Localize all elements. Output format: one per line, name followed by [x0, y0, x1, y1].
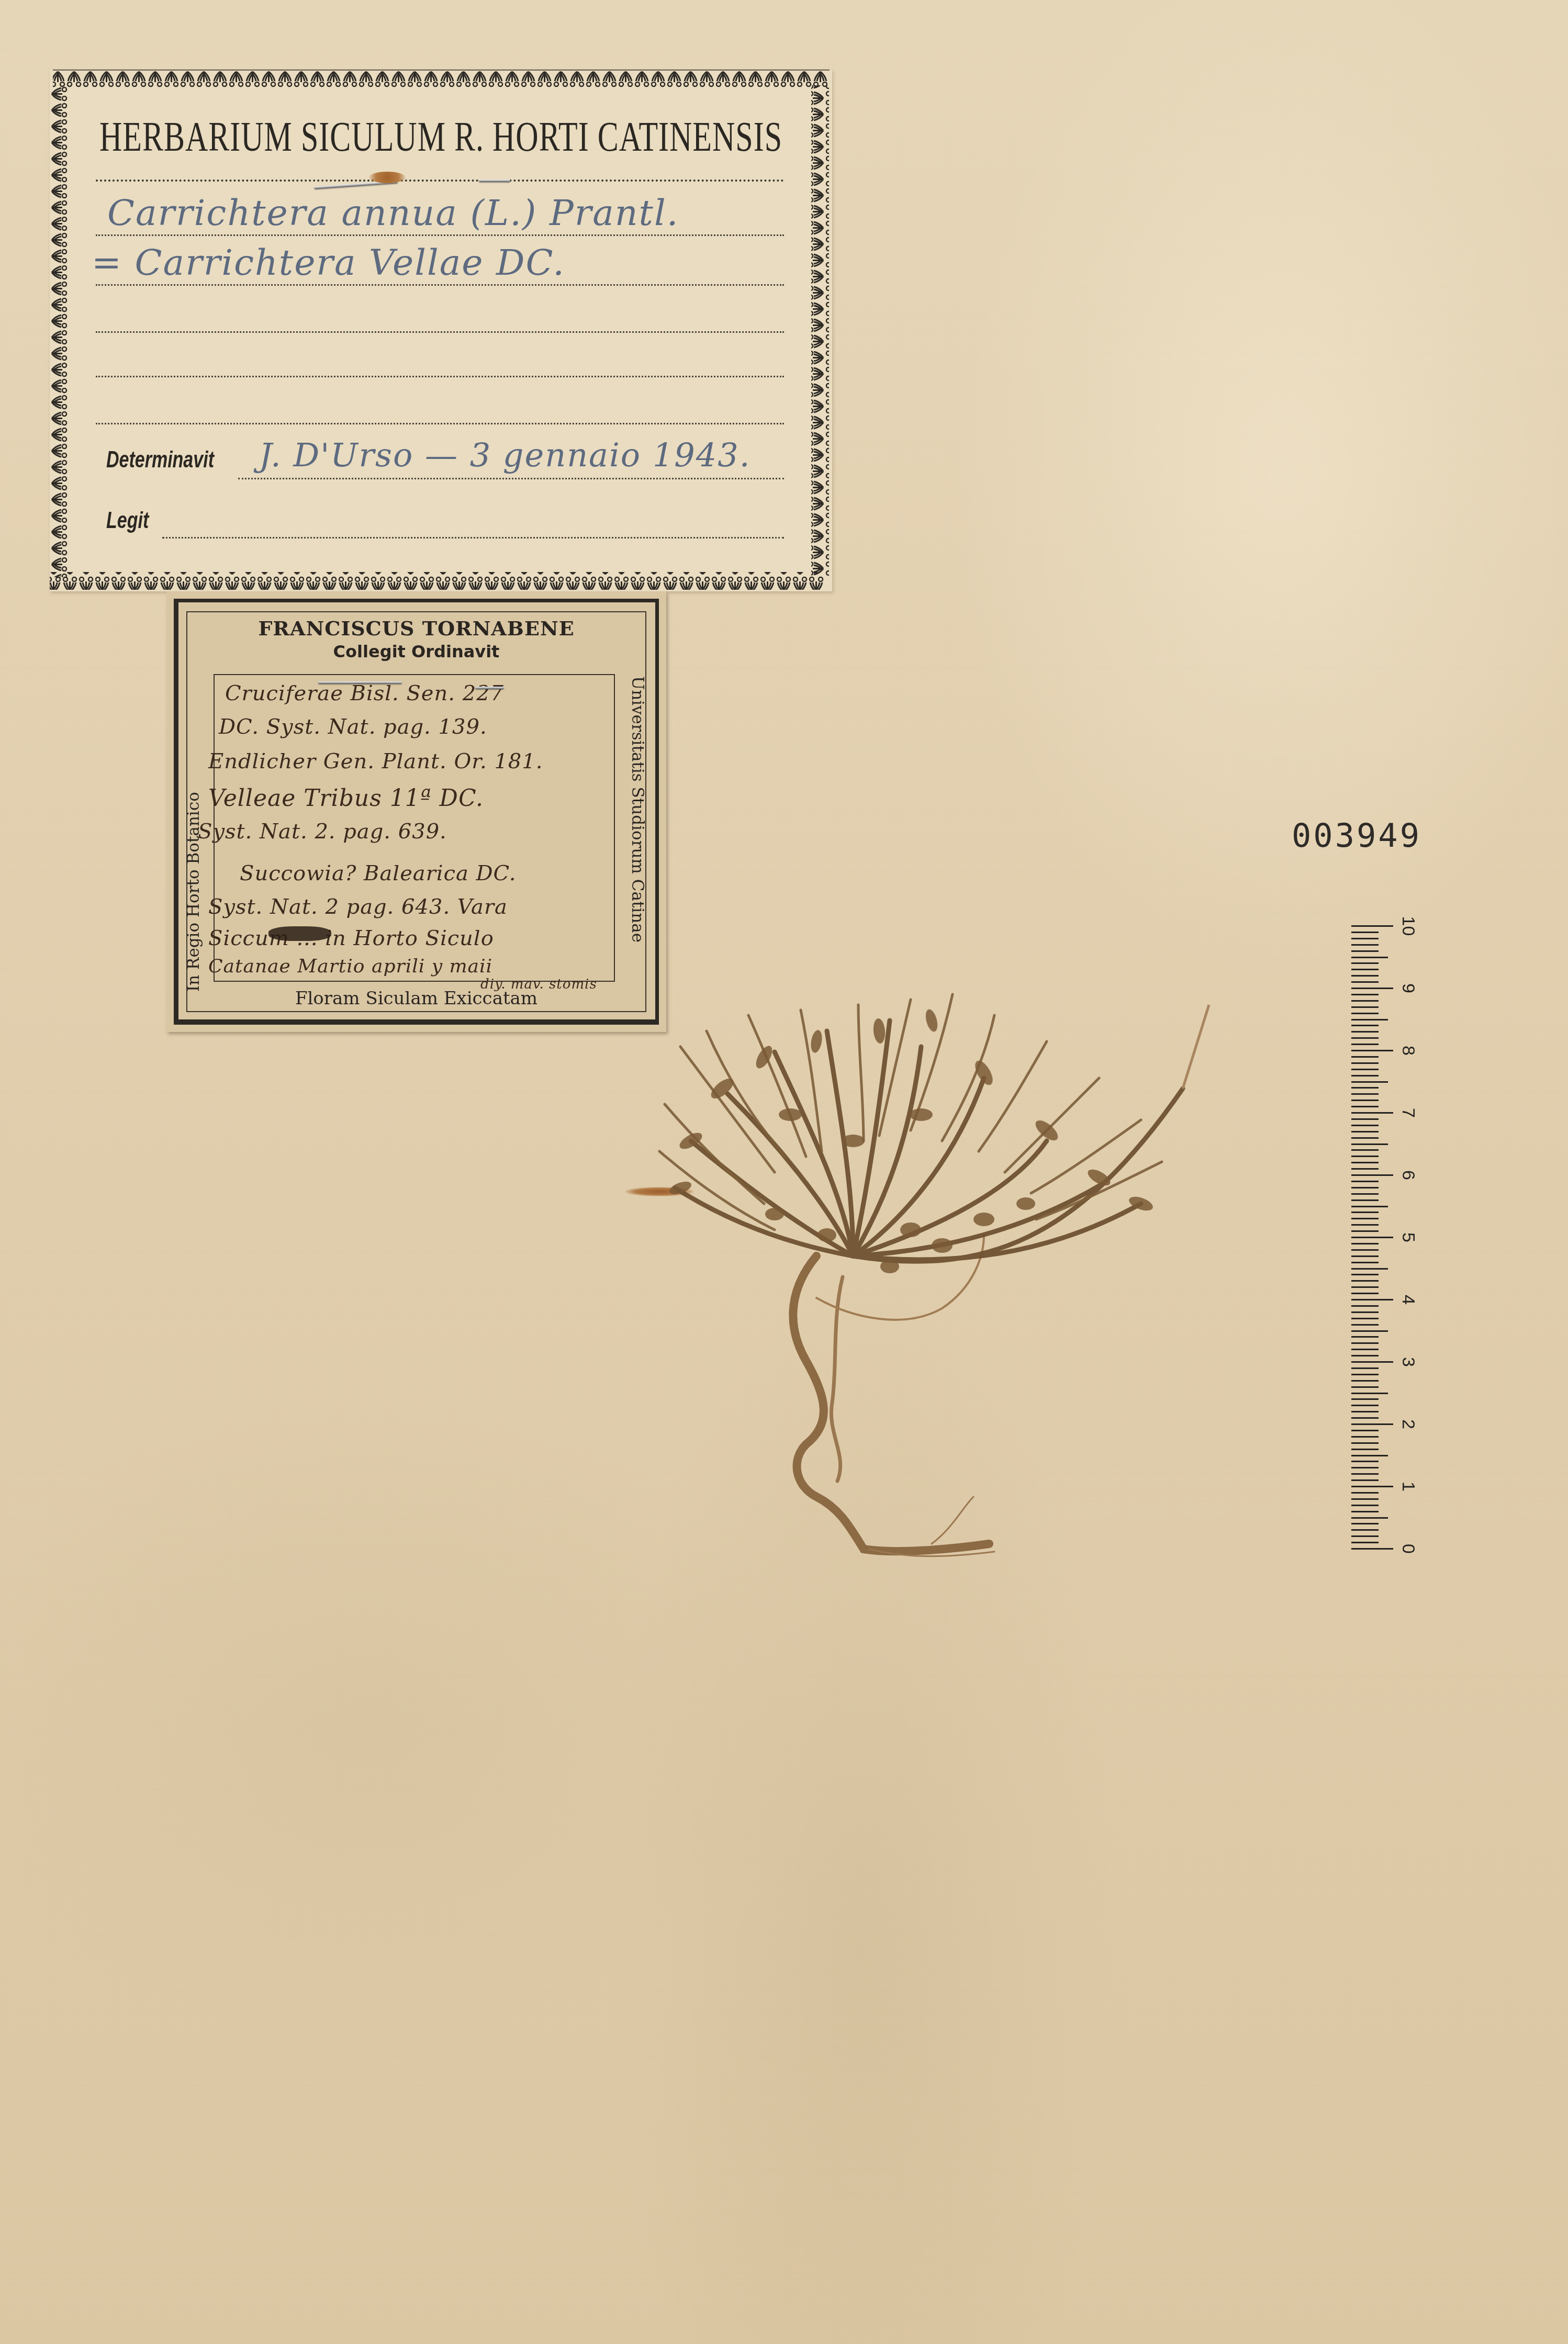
handwritten-line: Syst. Nat. 2. pag. 639. [198, 820, 447, 844]
plant-specimen-icon [618, 984, 1230, 1560]
ruler-label-3: 3 [1398, 1349, 1418, 1375]
ruler-tick [1351, 932, 1379, 933]
handwritten-line: Succowia? Balearica DC. [240, 861, 517, 885]
ruler-tick [1351, 1299, 1393, 1300]
ruler-tick [1351, 1100, 1379, 1101]
ruler-tick [1351, 1324, 1379, 1326]
ruler-label-8: 8 [1398, 1038, 1418, 1064]
ruler-tick [1351, 1199, 1379, 1201]
ruler-tick [1351, 1081, 1388, 1083]
ruler-tick [1351, 1479, 1379, 1481]
ruler-tick [1351, 1243, 1379, 1244]
ruler-tick [1351, 1542, 1379, 1543]
handwritten-line: Siccum ... in Horto Siculo [208, 926, 494, 950]
ruler-tick [1351, 1143, 1388, 1145]
ruler-tick [1351, 1268, 1388, 1270]
ruler-tick [1351, 1336, 1379, 1338]
ruler-tick [1351, 1411, 1379, 1412]
ruler-tick [1351, 1174, 1393, 1176]
ruler-tick [1351, 1417, 1379, 1419]
ruler-label-10: 10 [1398, 913, 1418, 939]
ruler-tick [1351, 950, 1379, 952]
ruler-tick [1351, 1473, 1379, 1475]
ruler-tick [1351, 1436, 1379, 1438]
ruler-tick [1351, 1498, 1379, 1500]
ruler-tick [1351, 957, 1388, 958]
ruler-tick [1351, 1212, 1379, 1213]
handwritten-line: Endlicher Gen. Plant. Or. 181. [208, 749, 543, 773]
dotted-line [96, 234, 784, 236]
ruler-tick [1351, 1455, 1388, 1456]
ruler-tick [1351, 1461, 1379, 1462]
ruler-tick [1351, 1467, 1379, 1468]
ruler-tick [1351, 1187, 1379, 1188]
ruler-tick [1351, 1355, 1379, 1356]
handwritten-line: Velleae Tribus 11ª DC. [208, 785, 484, 812]
dotted-line [96, 423, 784, 424]
ink-blot [268, 926, 331, 941]
dotted-line [96, 376, 784, 377]
determinavit-label: Determinavit [106, 447, 214, 474]
ruler-tick [1351, 1031, 1379, 1033]
ruler-tick [1351, 1069, 1379, 1070]
ruler-tick [1351, 1013, 1379, 1014]
ruler-tick [1351, 1037, 1379, 1039]
ruler-label-1: 1 [1398, 1474, 1418, 1500]
ruler-tick [1351, 1112, 1393, 1114]
collector-label: FRANCISCUS TORNABENE Collegit Ordinavit … [166, 591, 666, 1032]
ruler-tick [1351, 1249, 1379, 1251]
ruler-tick [1351, 1230, 1379, 1232]
ruler-tick [1351, 1181, 1379, 1182]
ruler-tick [1351, 1374, 1379, 1375]
determinavit-value: J. D'Urso — 3 gennaio 1943. [259, 436, 751, 474]
ruler-tick [1351, 981, 1379, 983]
ruler-tick [1351, 1405, 1379, 1406]
ruler-label-9: 9 [1398, 975, 1418, 1002]
ruler-tick [1351, 944, 1379, 946]
ruler-tick [1351, 1505, 1379, 1506]
legit-label: Legit [106, 508, 149, 534]
ruler-label-4: 4 [1398, 1287, 1418, 1313]
ruler-tick [1351, 1118, 1379, 1120]
ruler-tick [1351, 969, 1379, 970]
ruler-tick [1351, 962, 1379, 964]
ruler-tick [1351, 1430, 1379, 1431]
ruler-tick [1351, 1486, 1393, 1487]
ruler-tick [1351, 1386, 1379, 1388]
handwritten-line: DC. Syst. Nat. pag. 139. [219, 715, 487, 739]
handwritten-line: Syst. Nat. 2 pag. 643. Vara [208, 895, 508, 919]
ruler-tick [1351, 938, 1379, 939]
ruler-tick [1351, 1423, 1393, 1425]
ruler-label-6: 6 [1398, 1162, 1418, 1188]
rust-stain [369, 172, 406, 183]
ruler-tick [1351, 1025, 1379, 1026]
ruler-tick [1351, 1125, 1379, 1126]
ruler-tick [1351, 1131, 1379, 1132]
ruler-tick [1351, 1106, 1379, 1107]
ruler-tick [1351, 1517, 1388, 1519]
ruler-tick [1351, 1156, 1379, 1157]
ruler-tick [1351, 1492, 1379, 1494]
ruler-tick [1351, 1087, 1379, 1089]
ruler-tick [1351, 1511, 1379, 1512]
handwritten-line: Catanae Martio aprili y maii [208, 956, 492, 977]
ruler-tick [1351, 1044, 1379, 1045]
ruler-tick [1351, 1367, 1379, 1369]
ruler-tick [1351, 1093, 1379, 1095]
ruler-tick [1351, 1330, 1388, 1332]
ruler-tick [1351, 994, 1379, 995]
ruler-tick [1351, 1193, 1379, 1195]
ruler-tick [1351, 1274, 1379, 1275]
ruler-tick [1351, 1280, 1379, 1282]
ruler-tick [1351, 1206, 1388, 1207]
ruler-tick [1351, 1000, 1379, 1002]
catalog-number: 003949 [1292, 816, 1421, 855]
taxon-name-primary: Carrichtera annua (L.) Prantl. [107, 193, 679, 234]
ruler-tick [1351, 1062, 1379, 1064]
ruler-tick [1351, 1255, 1379, 1257]
collector-heading: FRANCISCUS TORNABENE [166, 616, 666, 640]
right-side-text: Universitatis Studiorum Catinae [628, 676, 647, 943]
ruler-tick [1351, 1237, 1393, 1238]
ruler-tick [1351, 1535, 1379, 1537]
ruler-tick [1351, 1286, 1379, 1288]
ruler-label-2: 2 [1398, 1411, 1418, 1438]
ruler-tick [1351, 1529, 1379, 1531]
ruler-tick [1351, 1311, 1379, 1313]
ruler-tick [1351, 1523, 1379, 1524]
ruler-tick [1351, 1006, 1379, 1008]
determination-label: HERBARIUM SICULUM R. HORTI CATINENSIS Ca… [50, 70, 832, 591]
ruler-label-5: 5 [1398, 1225, 1418, 1251]
ruler-tick [1351, 1398, 1379, 1400]
ruler-tick [1351, 975, 1379, 977]
pin [475, 687, 504, 689]
ruler-tick [1351, 1019, 1388, 1020]
ruler-tick [1351, 1224, 1379, 1226]
ruler-tick [1351, 925, 1393, 927]
title-divider [96, 180, 784, 182]
ruler-label-7: 7 [1398, 1100, 1418, 1126]
ruler-tick [1351, 1218, 1379, 1219]
ruler-tick [1351, 1449, 1379, 1450]
dotted-line [238, 478, 784, 479]
ruler-tick [1351, 1548, 1393, 1550]
ruler-tick [1351, 1342, 1379, 1344]
ruler-tick [1351, 1349, 1379, 1350]
ruler-tick [1351, 1318, 1379, 1319]
collector-subheading: Collegit Ordinavit [166, 642, 666, 661]
ruler-tick [1351, 1168, 1379, 1170]
ruler-tick [1351, 1137, 1379, 1139]
ruler-tick [1351, 1050, 1393, 1051]
scale-ruler: 0 1 2 3 4 5 6 7 8 9 10 [1345, 911, 1429, 1560]
ruler-tick [1351, 1361, 1393, 1363]
ruler-tick [1351, 1393, 1388, 1394]
ruler-tick [1351, 1056, 1379, 1058]
ruler-tick [1351, 1075, 1379, 1076]
ruler-tick [1351, 988, 1393, 989]
ruler-tick [1351, 1380, 1379, 1382]
herbarium-title: HERBARIUM SICULUM R. HORTI CATINENSIS [50, 113, 832, 161]
ruler-tick [1351, 1149, 1379, 1151]
ruler-tick [1351, 1305, 1379, 1307]
ruler-label-0: 0 [1398, 1536, 1418, 1562]
ruler-tick [1351, 1162, 1379, 1163]
dotted-line [162, 537, 784, 539]
handwritten-line: Cruciferae Bisl. Sen. 227 [225, 681, 504, 705]
pin [318, 681, 402, 684]
collector-footer: Floram Siculam Exiccatam [166, 988, 666, 1009]
pin [479, 180, 510, 182]
ruler-tick [1351, 1262, 1379, 1263]
dotted-line [96, 331, 784, 333]
ruler-tick [1351, 1442, 1379, 1444]
dotted-line [96, 284, 784, 286]
ruler-tick [1351, 1293, 1379, 1294]
taxon-name-synonym: = Carrichtera Vellae DC. [92, 242, 565, 284]
